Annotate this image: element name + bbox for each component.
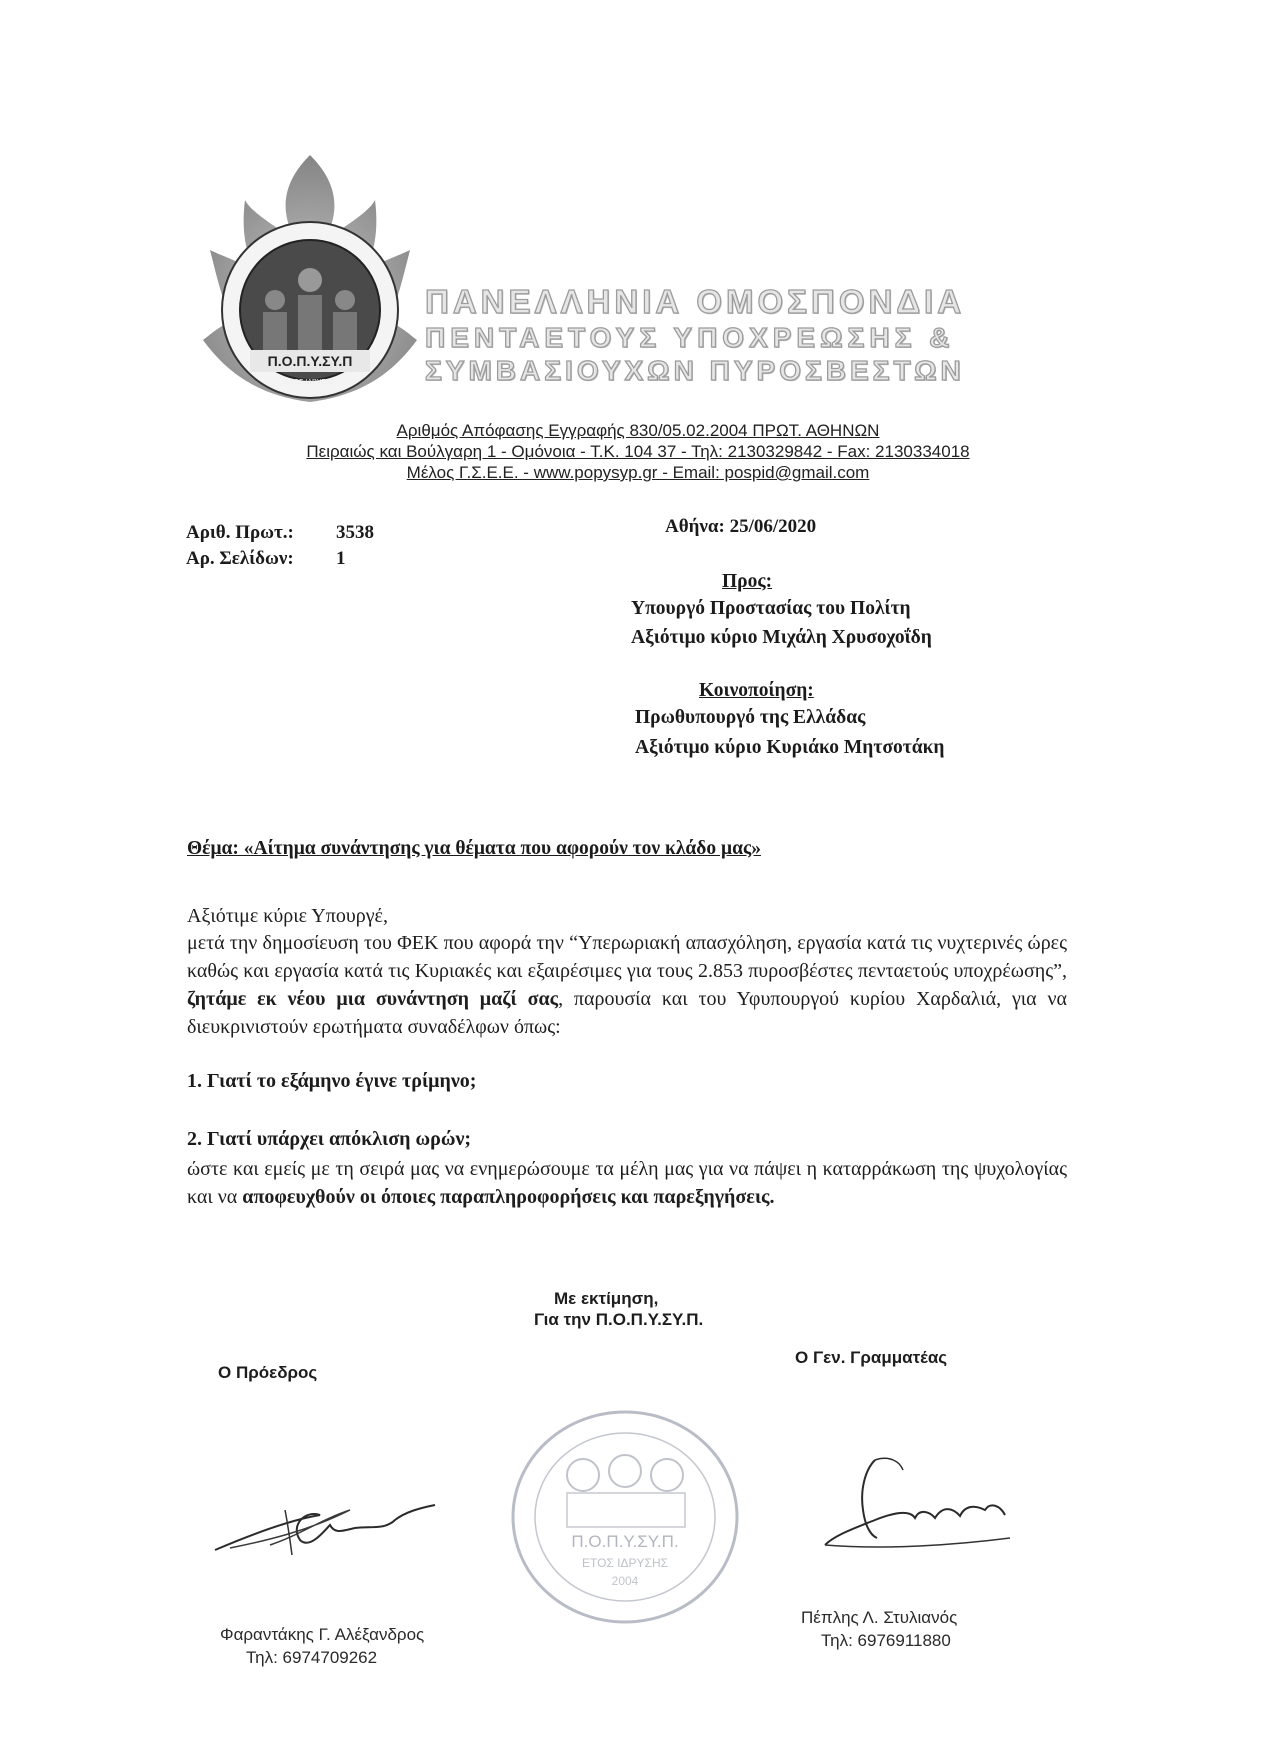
secretary-general-name: Πέπλης Λ. Στυλιανός (801, 1608, 957, 1628)
cc-recipient-line: Αξιότιμο κύριο Κυριάκο Μητσοτάκη (635, 737, 944, 759)
body-paragraph: ώστε και εμείς με τη σειρά μας να ενημερ… (187, 1155, 1067, 1211)
org-name-line: ΣΥΜΒΑΣΙΟΥΧΩΝ ΠΥΡΟΣΒΕΣΤΩΝ (425, 355, 965, 387)
pages-value: 1 (336, 548, 346, 570)
question-item: 1. Γιατί το εξάμηνο έγινε τρίμηνο; (187, 1070, 476, 1093)
official-stamp-icon: Π.Ο.Π.Υ.ΣΥ.Π. ΕΤΟΣ ΙΔΡΥΣΗΣ 2004 (505, 1405, 745, 1630)
svg-text:ΕΤΟΣ ΙΔΡΥΣΗΣ: ΕΤΟΣ ΙΔΡΥΣΗΣ (582, 1556, 668, 1570)
body-paragraph: μετά την δημοσίευση του ΦΕΚ που αφορά τη… (187, 929, 1067, 1041)
recipient-line: Υπουργό Προστασίας του Πολίτη (631, 598, 911, 620)
president-name: Φαραντάκης Γ. Αλέξανδρος (220, 1625, 424, 1645)
subject-line: Θέμα: «Αίτημα συνάντησης για θέματα που … (187, 838, 761, 860)
cc-recipient-line: Πρωθυπουργό της Ελλάδας (635, 707, 865, 729)
svg-text:Π.Ο.Π.Υ.ΣΥ.Π.: Π.Ο.Π.Υ.ΣΥ.Π. (571, 1532, 678, 1551)
protocol-value: 3538 (336, 522, 374, 544)
cc-heading: Κοινοποίηση: (699, 680, 814, 702)
paragraph-emphasis: ζητάμε εκ νέου μια συνάντηση μαζί σας (187, 988, 558, 1010)
secretary-general-role: Ο Γεν. Γραμματέας (795, 1348, 947, 1368)
place-date: Αθήνα: 25/06/2020 (665, 516, 816, 538)
protocol-number: Αριθ. Πρωτ.: 3538 (186, 522, 294, 544)
registration-line: Αριθμός Απόφασης Εγγραφής 830/05.02.2004… (0, 421, 1276, 441)
svg-text:Π.Ο.Π.Υ.ΣΥ.Π: Π.Ο.Π.Υ.ΣΥ.Π (268, 353, 353, 369)
president-phone: Τηλ: 6974709262 (246, 1648, 377, 1668)
org-name-line: ΠΑΝΕΛΛΗΝΙΑ ΟΜΟΣΠΟΝΔΙΑ (425, 283, 965, 321)
org-name-line: ΠΕΝΤΑΕΤΟΥΣ ΥΠΟΧΡΕΩΣΗΣ & (425, 322, 954, 354)
closing-greeting: Με εκτίμηση, (554, 1289, 658, 1309)
address-line: Πειραιώς και Βούλγαρη 1 - Ομόνοια - Τ.Κ.… (0, 442, 1276, 462)
svg-text:ΕΤΟΣ ΙΔΡΥΣΗΣ: ΕΤΟΣ ΙΔΡΥΣΗΣ (285, 379, 336, 386)
to-heading: Προς: (722, 571, 772, 593)
recipient-line: Αξιότιμο κύριο Μιχάλη Χρυσοχοΐδη (631, 627, 932, 649)
closing-org: Για την Π.Ο.Π.Υ.ΣΥ.Π. (534, 1310, 703, 1330)
membership-web-email-line: Μέλος Γ.Σ.Ε.Ε. - www.popysyp.gr - Email:… (0, 463, 1276, 483)
union-emblem-icon: Π.Ο.Π.Υ.ΣΥ.Π ΕΤΟΣ ΙΔΡΥΣΗΣ (195, 150, 425, 410)
handwritten-signature-icon (210, 1480, 440, 1560)
page-count: Αρ. Σελίδων: 1 (186, 548, 294, 570)
handwritten-signature-icon (815, 1450, 1015, 1560)
question-item: 2. Γιατί υπάρχει απόκλιση ωρών; (187, 1128, 471, 1151)
paragraph-text: μετά την δημοσίευση του ΦΕΚ που αφορά τη… (187, 932, 1067, 982)
paragraph-emphasis: αποφευχθούν οι όποιες παραπληροφορήσεις … (242, 1186, 774, 1208)
svg-text:2004: 2004 (612, 1574, 639, 1588)
president-role: Ο Πρόεδρος (218, 1363, 317, 1383)
salutation: Αξιότιμε κύριε Υπουργέ, (187, 902, 1067, 930)
protocol-label: Αριθ. Πρωτ.: (186, 522, 294, 543)
pages-label: Αρ. Σελίδων: (186, 548, 294, 569)
secretary-general-phone: Τηλ: 6976911880 (821, 1631, 951, 1651)
